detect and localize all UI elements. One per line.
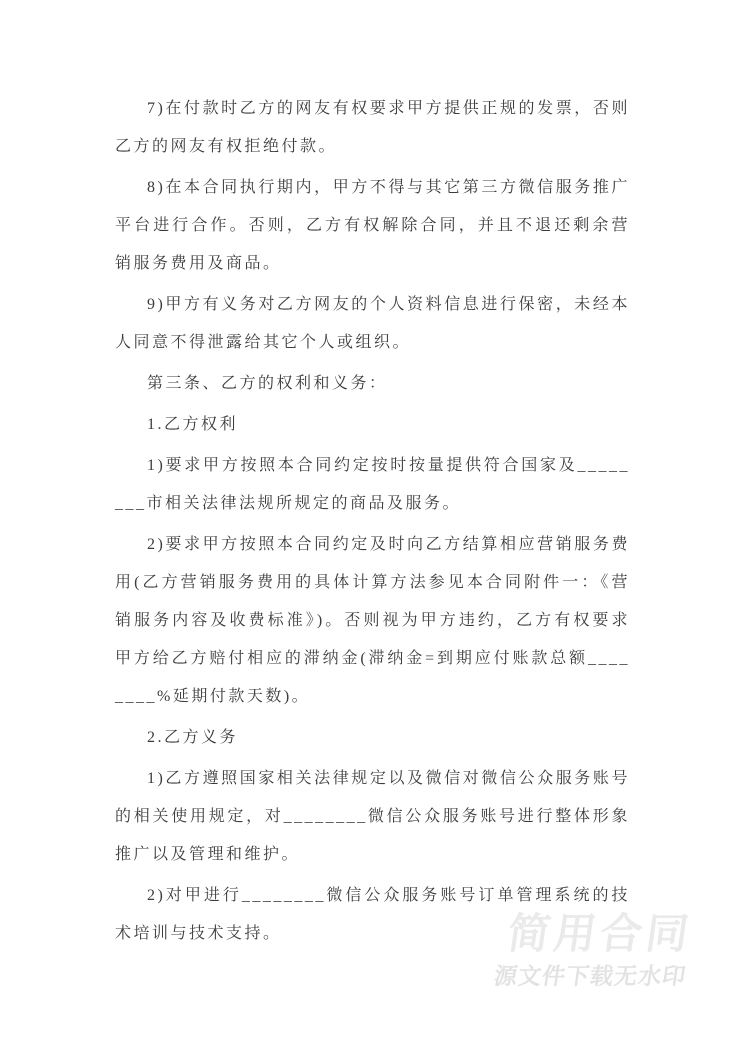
watermark-subtitle: 源文件下载无水印 (492, 962, 688, 990)
contract-section-heading: 第三条、乙方的权利和义务： (115, 365, 630, 403)
contract-body: 7)在付款时乙方的网友有权要求甲方提供正规的发票，否则乙方的网友有权拒绝付款。 … (0, 0, 742, 956)
contract-paragraph: 1)乙方遵照国家相关法律规定以及微信对微信公众服务账号的相关使用规定，对____… (115, 760, 630, 874)
contract-paragraph: 2)对甲进行________微信公众服务账号订单管理系统的技术培训与技术支持。 (115, 877, 630, 953)
contract-paragraph: 2)要求甲方按照本合同约定及时向乙方结算相应营销服务费用(乙方营销服务费用的具体… (115, 526, 630, 716)
document-page: 7)在付款时乙方的网友有权要求甲方提供正规的发票，否则乙方的网友有权拒绝付款。 … (0, 0, 742, 1049)
contract-subsection-heading: 1.乙方权利 (115, 406, 630, 444)
contract-paragraph: 1)要求甲方按照本合同约定按时按量提供符合国家及________市相关法律法规所… (115, 447, 630, 523)
contract-subsection-heading: 2.乙方义务 (115, 719, 630, 757)
contract-paragraph: 9)甲方有义务对乙方网友的个人资料信息进行保密，未经本人同意不得泄露给其它个人或… (115, 286, 630, 362)
contract-paragraph: 8)在本合同执行期内，甲方不得与其它第三方微信服务推广平台进行合作。否则，乙方有… (115, 169, 630, 283)
contract-paragraph: 7)在付款时乙方的网友有权要求甲方提供正规的发票，否则乙方的网友有权拒绝付款。 (115, 90, 630, 166)
